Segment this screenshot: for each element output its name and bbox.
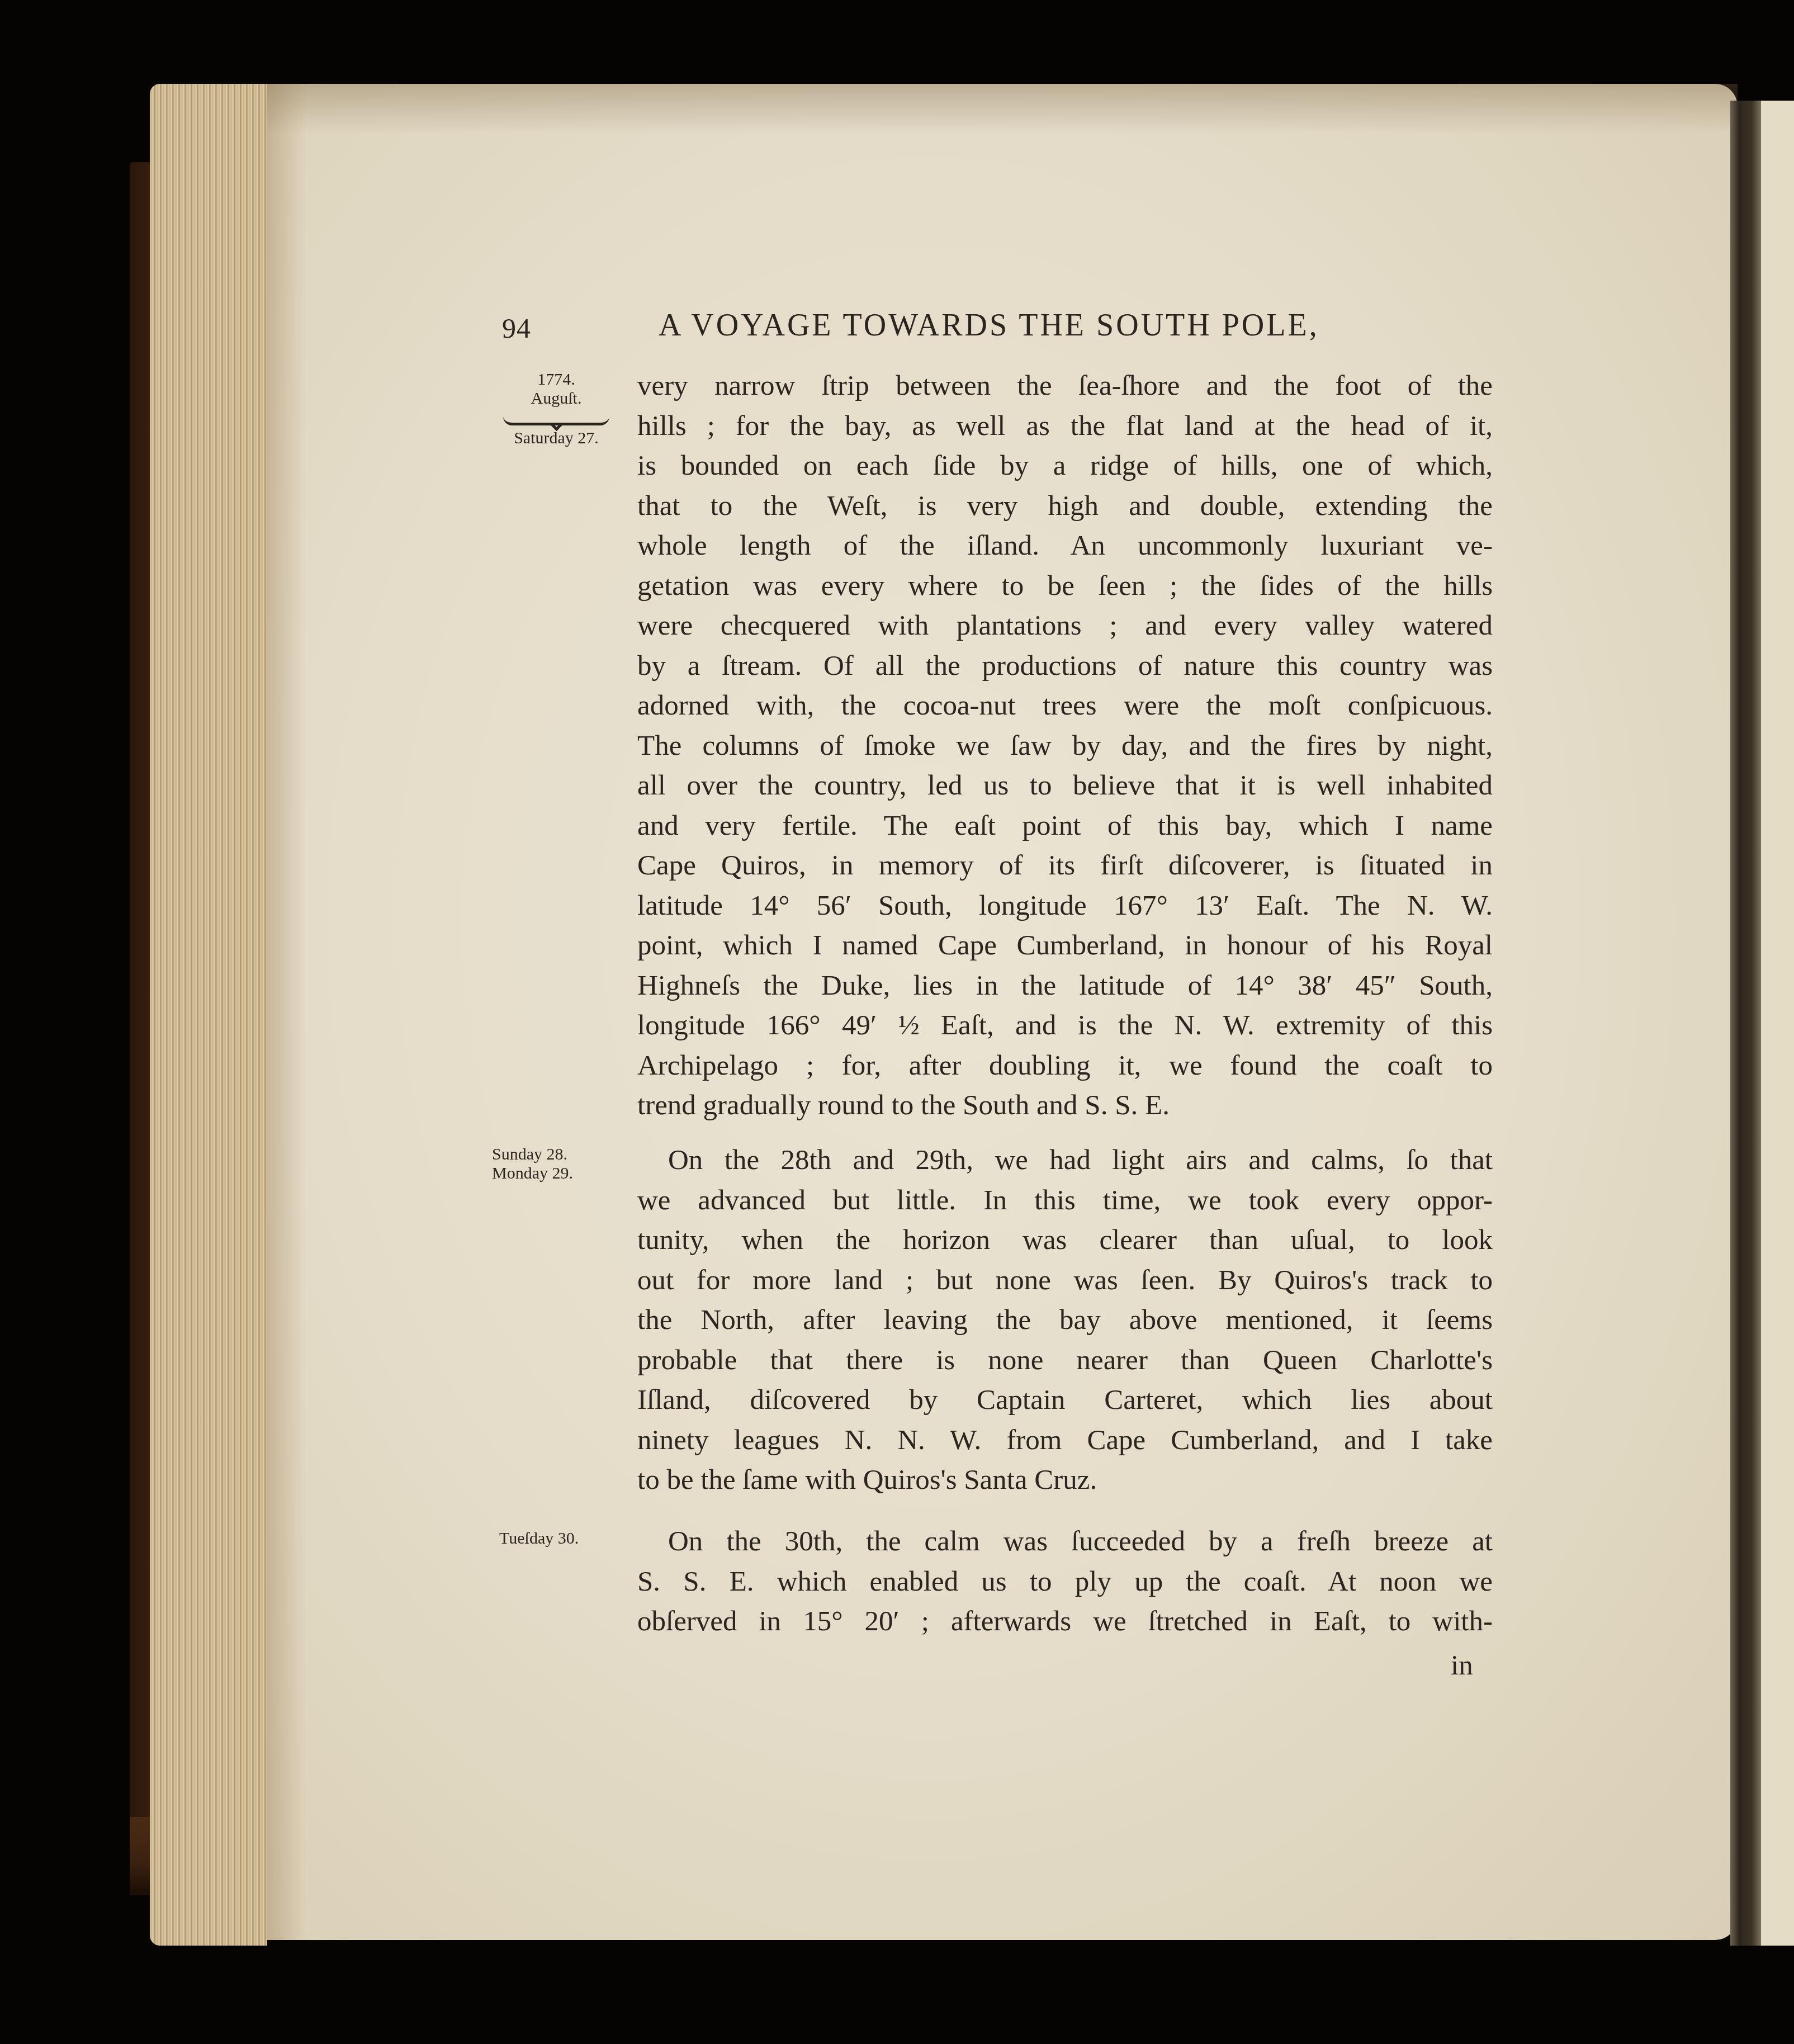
text-line: Archipelago ; for, after doubling it, we… [637,1046,1493,1086]
paragraph-3: On the 30th, the calm was ſucceeded by a… [637,1522,1493,1642]
page-block-edges [150,84,267,1946]
text-line: and very fertile. The eaſt point of this… [637,806,1493,846]
text-line: trend gradually round to the South and S… [637,1086,1493,1126]
text-line: ninety leagues N. N. W. from Cape Cumber… [637,1421,1493,1461]
margin-note-tuesday: Tueſday 30. [499,1529,628,1548]
margin-note-year: 1774. [492,370,621,389]
paragraph-1: very narrow ſtrip between the ſea-ſhore … [637,366,1493,1126]
page-top-shading [267,84,1738,134]
text-line: were checquered with plantations ; and e… [637,606,1493,646]
text-line: whole length of the iſland. An uncommonl… [637,526,1493,566]
text-line: adorned with, the cocoa-nut trees were t… [637,686,1493,726]
text-line: obſerved in 15° 20′ ; afterwards we ſtre… [637,1602,1493,1642]
margin-note-saturday: Saturday 27. [492,429,621,448]
text-line: longitude 166° 49′ ½ Eaſt, and is the N.… [637,1006,1493,1046]
text-line: point, which I named Cape Cumberland, in… [637,926,1493,966]
text-line: all over the country, led us to believe … [637,766,1493,806]
text-line: Highneſs the Duke, lies in the latitude … [637,966,1493,1006]
text-line: On the 30th, the calm was ſucceeded by a… [637,1522,1493,1562]
page-number: 94 [502,312,531,344]
text-line: that to the Weſt, is very high and doubl… [637,486,1493,527]
text-line: getation was every where to be ſeen ; th… [637,566,1493,607]
margin-note-date-saturday: 1774. Auguſt. Saturday 27. [492,370,621,448]
text-line: out for more land ; but none was ſeen. B… [637,1261,1493,1301]
text-line: the North, after leaving the bay above m… [637,1300,1493,1341]
text-line: The columns of ſmoke we ſaw by day, and … [637,726,1493,766]
margin-note-date-sunday-monday: Sunday 28. Monday 29. [492,1145,621,1183]
margin-note-monday: Monday 29. [492,1164,621,1183]
catchword: in [1451,1649,1473,1682]
text-line: hills ; for the bay, as well as the flat… [637,406,1493,447]
margin-note-sunday: Sunday 28. [492,1145,621,1164]
text-line: tunity, when the horizon was clearer tha… [637,1220,1493,1261]
text-line: On the 28th and 29th, we had light airs … [637,1141,1493,1181]
margin-note-month: Auguſt. [492,389,621,408]
text-line: Iſland, diſcovered by Captain Carteret, … [637,1380,1493,1421]
margin-note-date-tuesday: Tueſday 30. [499,1529,628,1548]
text-line: very narrow ſtrip between the ſea-ſhore … [637,366,1493,406]
page-header: 94 A VOYAGE TOWARDS THE SOUTH POLE, [502,307,1486,352]
text-line: we advanced but little. In this time, we… [637,1181,1493,1221]
text-line: by a ſtream. Of all the productions of n… [637,646,1493,687]
text-line: Cape Quiros, in memory of its firſt diſc… [637,846,1493,886]
brace-icon [503,409,609,425]
text-line: S. S. E. which enabled us to ply up the … [637,1562,1493,1602]
text-line: is bounded on each ſide by a ridge of hi… [637,446,1493,486]
text-line: latitude 14° 56′ South, longitude 167° 1… [637,886,1493,926]
book-gutter [1730,101,1761,1946]
page-left-shading [267,84,306,1940]
running-title: A VOYAGE TOWARDS THE SOUTH POLE, [659,307,1319,343]
facing-page-edge [1761,101,1794,1946]
text-line: to be the ſame with Quiros's Santa Cruz. [637,1460,1493,1501]
text-line: probable that there is none nearer than … [637,1341,1493,1381]
paragraph-2: On the 28th and 29th, we had light airs … [637,1141,1493,1501]
